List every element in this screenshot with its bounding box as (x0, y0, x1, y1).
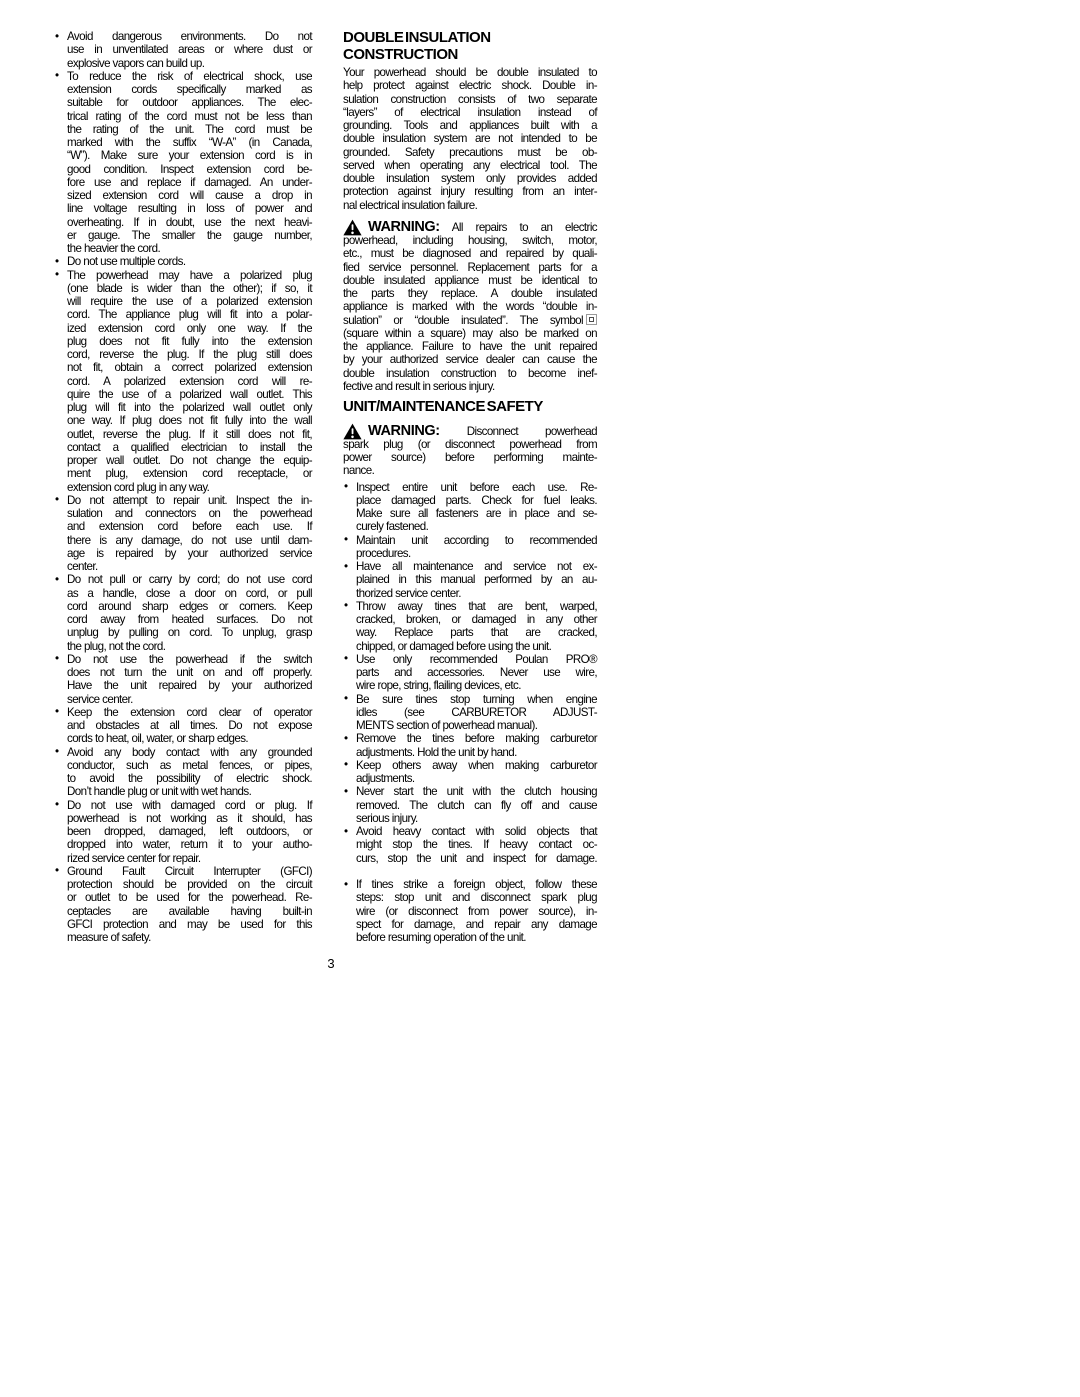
text-line: double insulation system are not intende… (343, 132, 597, 145)
text-line: grounded. Safety precautions must be ob- (343, 146, 597, 159)
bullet-item: •Maintain unit according to recommendedp… (343, 534, 597, 561)
bullet-icon: • (344, 692, 347, 705)
text-line (356, 865, 597, 878)
text-line: removed. The clutch can fly off and caus… (356, 799, 597, 812)
bullet-item: •Never start the unit with the clutch ho… (343, 785, 597, 825)
bullet-icon: • (344, 652, 347, 665)
text-line: might stop the tines. If heavy contact o… (356, 838, 597, 851)
text-line: powerhead, including housing, switch, mo… (343, 234, 597, 247)
text-line: quire the use of a polarized wall outlet… (67, 388, 312, 401)
text-line: (square within a square) may also be mar… (343, 327, 597, 340)
text-line: Avoid any body contact with any grounded (67, 746, 312, 759)
bullet-icon: • (344, 825, 347, 838)
text-line: appliance is marked with the words “doub… (343, 300, 597, 313)
text-line: the parts they replace. A double insulat… (343, 287, 597, 300)
disconnect-powerhead-warning: WARNING: Disconnect powerheadspark plug … (343, 425, 597, 478)
electric-repairs-warning: WARNING: All repairs to an electricpower… (343, 221, 597, 393)
text-line: rized service center for repair. (67, 852, 312, 865)
text-line: fore use and replace if damaged. An unde… (67, 176, 312, 189)
text-line: way. Replace parts that are cracked, (356, 626, 597, 639)
bullet-icon: • (55, 255, 58, 268)
bullet-icon: • (344, 785, 347, 798)
text-line: Have all maintenance and service not ex- (356, 560, 597, 573)
text-line: contact a qualified electrician to insta… (67, 441, 312, 454)
bullet-item: •Ground Fault Circuit Interrupter (GFCI)… (54, 865, 312, 945)
bullet-item: •Do not attempt to repair unit. Inspect … (54, 494, 312, 574)
text-line: ceptacles are available having built-in (67, 905, 312, 918)
text-line: etc., must be diagnosed and repaired by … (343, 247, 597, 260)
text-line: does not turn the unit on and off proper… (67, 666, 312, 679)
text-line: curely fastened. (356, 520, 597, 533)
heading-line: CONSTRUCTION (343, 47, 597, 64)
bullet-icon: • (344, 560, 347, 573)
heading-line: DOUBLE INSULATION (343, 30, 597, 47)
bullet-icon: • (344, 480, 347, 493)
text-line: power source) before performing mainte- (343, 451, 597, 464)
bullet-icon: • (55, 30, 58, 43)
text-line: steps: stop unit and disconnect spark pl… (356, 891, 597, 904)
text-line: Avoid heavy contact with solid objects t… (356, 825, 597, 838)
bullet-item: •Use only recommended Poulan PRO®parts a… (343, 653, 597, 693)
bullet-icon: • (55, 268, 58, 281)
bullet-icon: • (55, 493, 58, 506)
text-line: plug does not fit fully into the extensi… (67, 335, 312, 348)
unit-maintenance-safety-heading: UNIT/MAINTENANCE SAFETY (343, 399, 597, 416)
text-line: MENTS section of powerhead manual). (356, 719, 597, 732)
text-line: serious injury. (356, 812, 597, 825)
warning-first-line: WARNING: All repairs to an electric (343, 221, 597, 234)
bullet-item: •Avoid heavy contact with solid objects … (343, 825, 597, 878)
text-line: marked with the suffix “W-A” (in Canada, (67, 136, 312, 149)
text-line: and extension cord before each use. If (67, 520, 312, 533)
warning-triangle-icon (343, 219, 362, 236)
text-line: To reduce the risk of electrical shock, … (67, 70, 312, 83)
text-line: outlet, reverse the plug. If it still do… (67, 428, 312, 441)
bullet-item: •Keep others away when making carburetor… (343, 759, 597, 786)
bullet-icon: • (55, 652, 58, 665)
bullet-icon: • (55, 705, 58, 718)
bullet-item: •If tines strike a foreign object, follo… (343, 878, 597, 944)
text-line: fied service personnel. Replacement part… (343, 261, 597, 274)
text-line: spect for damage, and repair any damage (356, 918, 597, 931)
warning-first-line: WARNING: Disconnect powerhead (343, 425, 597, 438)
text-line: nance. (343, 464, 597, 477)
text-line: Your powerhead should be double insulate… (343, 66, 597, 79)
text-line: one way. If plug does not fit fully into… (67, 414, 312, 427)
double-insulation-paragraph: Your powerhead should be double insulate… (343, 66, 597, 212)
text-line: Maintain unit according to recommended (356, 534, 597, 547)
text-line: the appliance. Failure to have the unit … (343, 340, 597, 353)
text-line: to avoid the possibility of electric sho… (67, 772, 312, 785)
text-line: Do not use multiple cords. (67, 255, 312, 268)
bullet-item: •Do not use with damaged cord or plug. I… (54, 799, 312, 865)
text-line: extension cord plug in any way. (67, 481, 312, 494)
text-line: Throw away tines that are bent, warped, (356, 600, 597, 613)
text-line: cord around sharp edges or corners. Keep (67, 600, 312, 613)
right-column: DOUBLE INSULATIONCONSTRUCTIONYour powerh… (343, 30, 597, 944)
bullet-icon: • (344, 758, 347, 771)
heading-line: UNIT/MAINTENANCE SAFETY (343, 399, 597, 416)
text-line: curs, stop the unit and inspect for dama… (356, 852, 597, 865)
text-line: cracked, broken, or damaged in any other (356, 613, 597, 626)
bullet-item: •Do not use the powerhead if the switchd… (54, 653, 312, 706)
bullet-item: •Keep the extension cord clear of operat… (54, 706, 312, 746)
text-line: The powerhead may have a polarized plug (67, 269, 312, 282)
text-line: wire rope, string, flailing devices, etc… (356, 679, 597, 692)
text-line: double insulation construction to become… (343, 367, 597, 380)
text-line: proper wall outlet. Do not change the eq… (67, 454, 312, 467)
bullet-item: •Have all maintenance and service not ex… (343, 560, 597, 600)
text-line: protection against injury resulting from… (343, 185, 597, 198)
text-line: cords to heat, oil, water, or sharp edge… (67, 732, 312, 745)
text-line: idles (see CARBURETOR ADJUST- (356, 706, 597, 719)
text-line: Avoid dangerous environments. Do not (67, 30, 312, 43)
text-line: parts and accessories. Never use wire, (356, 666, 597, 679)
text-line: dropped into water, return it to your au… (67, 838, 312, 851)
text-line: cord, reverse the plug. If the plug stil… (67, 348, 312, 361)
text-line: “W”). Make sure your extension cord is i… (67, 149, 312, 162)
text-line: wire (or disconnect from power source), … (356, 905, 597, 918)
bullet-icon: • (344, 533, 347, 546)
text-line: GFCI protection and may be used for this (67, 918, 312, 931)
text-line: If tines strike a foreign object, follow… (356, 878, 597, 891)
text-line: er gauge. The smaller the gauge number, (67, 229, 312, 242)
text-line: sized extension cord will cause a drop i… (67, 189, 312, 202)
bullet-item: •Do not use multiple cords. (54, 255, 312, 268)
bullet-item: •Throw away tines that are bent, warped,… (343, 600, 597, 653)
text-line: explosive vapors can build up. (67, 57, 312, 70)
text-line: Keep the extension cord clear of operato… (67, 706, 312, 719)
text-line: “layers” of electrical insulation instea… (343, 106, 597, 119)
bullet-item: •Avoid dangerous environments. Do notuse… (54, 30, 312, 70)
text-line: or outlet to be used for the powerhead. … (67, 891, 312, 904)
text-line: Do not attempt to repair unit. Inspect t… (67, 494, 312, 507)
text-line: and obstacles at all times. Do not expos… (67, 719, 312, 732)
text-line: conductor, such as metal fences, or pipe… (67, 759, 312, 772)
text-line: protection should be provided on the cir… (67, 878, 312, 891)
text-line: cord. The appliance plug will fit into a… (67, 308, 312, 321)
text-line: double insulation system only provides a… (343, 172, 597, 185)
text-line: nal electrical insulation failure. (343, 199, 597, 212)
text-line: service center. (67, 693, 312, 706)
bullet-item: •The powerhead may have a polarized plug… (54, 269, 312, 494)
text-line: sulation and connectors on the powerhead (67, 507, 312, 520)
text-line: Never start the unit with the clutch hou… (356, 785, 597, 798)
text-line: been dropped, damaged, left outdoors, or (67, 825, 312, 838)
text-line: measure of safety. (67, 931, 312, 944)
text-line: use in unventilated areas or where dust … (67, 43, 312, 56)
bullet-item: •Avoid any body contact with any grounde… (54, 746, 312, 799)
warning-triangle-icon (343, 423, 362, 440)
text-line: plug will fit into the polarized wall ou… (67, 401, 312, 414)
text-line: Use only recommended Poulan PRO® (356, 653, 597, 666)
text-line: plained in this manual performed by an a… (356, 573, 597, 586)
text-line: by your authorized service dealer can ca… (343, 353, 597, 366)
text-line: help protect against electric shock. Dou… (343, 79, 597, 92)
text-line: Have the unit repaired by your authorize… (67, 679, 312, 692)
text-line: Don’t handle plug or unit with wet hands… (67, 785, 312, 798)
text-line: Keep others away when making carburetor (356, 759, 597, 772)
left-column: •Avoid dangerous environments. Do notuse… (54, 30, 312, 944)
text-line: Remove the tines before making carbureto… (356, 732, 597, 745)
bullet-item: •To reduce the risk of electrical shock,… (54, 70, 312, 256)
text-line: double insulated appliance must be ident… (343, 274, 597, 287)
text-line: Do not use the powerhead if the switch (67, 653, 312, 666)
text-line: cord away from heated surfaces. Do not (67, 613, 312, 626)
bullet-icon: • (344, 878, 347, 891)
text-line: thorized service center. (356, 587, 597, 600)
text-line: adjustments. Hold the unit by hand. (356, 746, 597, 759)
bullet-icon: • (55, 745, 58, 758)
text-line: served when operating any electrical too… (343, 159, 597, 172)
maintenance-bullets: •Inspect entire unit before each use. Re… (343, 481, 597, 945)
text-line: before resuming operation of the unit. (356, 931, 597, 944)
bullet-item: •Do not pull or carry by cord; do not us… (54, 573, 312, 653)
text-line: Do not use with damaged cord or plug. If (67, 799, 312, 812)
text-line: fective and result in serious injury. (343, 380, 597, 393)
text-line: age is repaired by your authorized servi… (67, 547, 312, 560)
text-line: will require the use of a polarized exte… (67, 295, 312, 308)
text-line: Do not pull or carry by cord; do not use… (67, 573, 312, 586)
bullet-item: •Be sure tines stop turning when enginei… (343, 693, 597, 733)
text-line: grounding. Tools and appliances built wi… (343, 119, 597, 132)
text-line: sulation construction consists of two se… (343, 93, 597, 106)
bullet-icon: • (55, 864, 58, 877)
text-line: center. (67, 560, 312, 573)
text-line: Ground Fault Circuit Interrupter (GFCI) (67, 865, 312, 878)
text-line: sulation” or “double insulated”. The sym… (343, 314, 597, 327)
text-line: cord. A polarized extension cord will re… (67, 375, 312, 388)
bullet-item: •Inspect entire unit before each use. Re… (343, 481, 597, 534)
bullet-icon: • (55, 573, 58, 586)
double-insulation-heading: DOUBLE INSULATIONCONSTRUCTION (343, 30, 597, 63)
warning-label: WARNING: (368, 423, 440, 439)
text-line: the heavier the cord. (67, 242, 312, 255)
bullet-icon: • (55, 798, 58, 811)
text-line: ment plug, extension cord receptacle, or (67, 467, 312, 480)
manual-page: •Avoid dangerous environments. Do notuse… (0, 0, 1080, 1397)
text-line: place damaged parts. Check for fuel leak… (356, 494, 597, 507)
text-line: powerhead is not working as it should, h… (67, 812, 312, 825)
text-line: unplug by pulling on cord. To unplug, gr… (67, 626, 312, 639)
text-line: the plug, not the cord. (67, 640, 312, 653)
bullet-icon: • (344, 599, 347, 612)
text-line: adjustments. (356, 772, 597, 785)
square-within-square-icon (586, 314, 597, 325)
text-line: chipped, or damaged before using the uni… (356, 640, 597, 653)
bullet-icon: • (344, 732, 347, 745)
bullet-icon: • (55, 69, 58, 82)
text-line: suitable for outdoor appliances. The ele… (67, 96, 312, 109)
warning-label: WARNING: (368, 219, 440, 235)
text-line: Make sure all fasteners are in place and… (356, 507, 597, 520)
text-line: (one blade is wider than the other); if … (67, 282, 312, 295)
text-line: spark plug (or disconnect powerhead from (343, 438, 597, 451)
text-line: overheating. If in doubt, use the next h… (67, 216, 312, 229)
text-line: extension cords specifically marked as (67, 83, 312, 96)
text-line: procedures. (356, 547, 597, 560)
text-line: Be sure tines stop turning when engine (356, 693, 597, 706)
page-number: 3 (57, 956, 605, 971)
bullet-item: •Remove the tines before making carburet… (343, 732, 597, 759)
text-line: line voltage resulting in loss of power … (67, 202, 312, 215)
text-line: Inspect entire unit before each use. Re- (356, 481, 597, 494)
text-line: the rating of the unit. The cord must be (67, 123, 312, 136)
text-line: there is any damage, do not use until da… (67, 534, 312, 547)
text-line: not fit, obtain a correct polarized exte… (67, 361, 312, 374)
text-line: ized extension cord only one way. If the (67, 322, 312, 335)
text-line: as a handle, close a door on cord, or pu… (67, 587, 312, 600)
text-line: good condition. Inspect extension cord b… (67, 163, 312, 176)
text-line: trical rating of the cord must not be le… (67, 110, 312, 123)
inner-square-icon (589, 317, 594, 322)
